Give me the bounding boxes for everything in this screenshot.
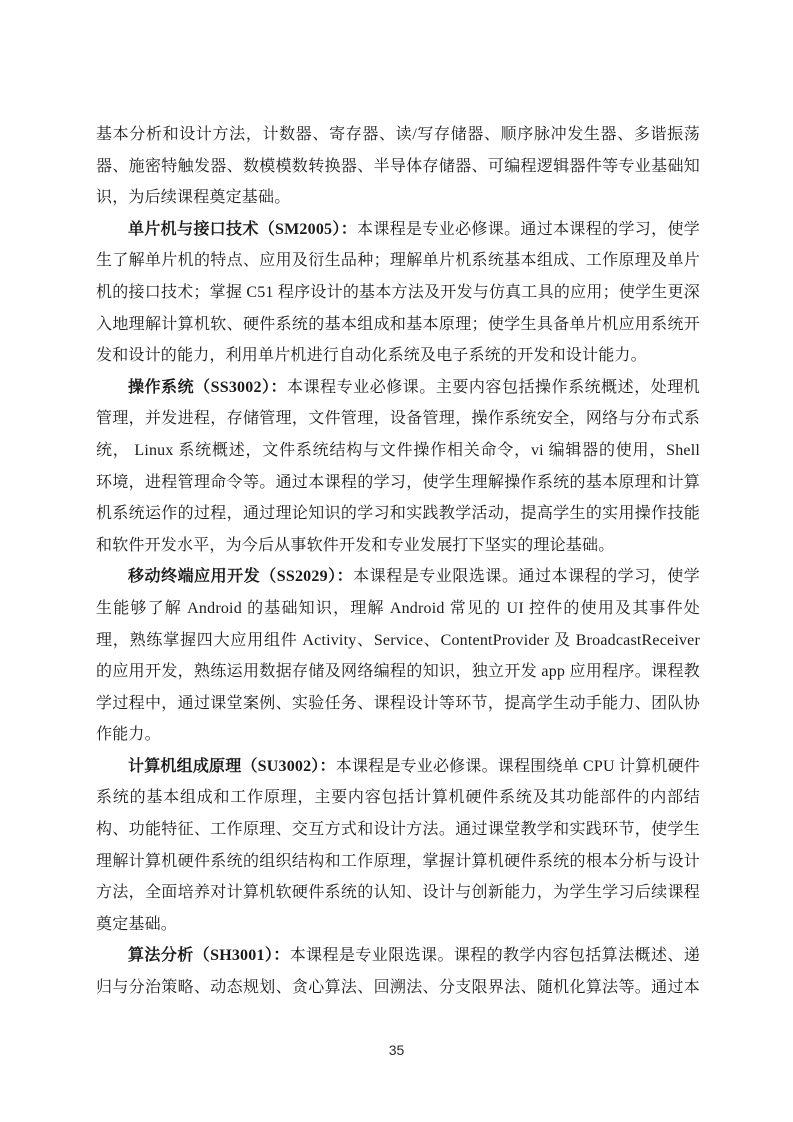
paragraph: 计算机组成原理（SU3002）：本课程是专业必修课。课程围绕单 CPU 计算机硬… — [96, 751, 700, 941]
paragraph: 操作系统（SS3002）：本课程专业必修课。主要内容包括操作系统概述，处理机管理… — [96, 372, 700, 562]
course-title: 单片机与接口技术（SM2005）： — [128, 221, 357, 238]
paragraph-text: 基本分析和设计方法，计数器、寄存器、读/写存储器、顺序脉冲发生器、多谐振荡器、施… — [96, 126, 700, 206]
page-number: 35 — [0, 1042, 793, 1058]
document-page: { "page": { "page_number": "35", "backgr… — [0, 0, 793, 1122]
document-body: 基本分析和设计方法，计数器、寄存器、读/写存储器、顺序脉冲发生器、多谐振荡器、施… — [96, 119, 700, 1004]
course-title: 算法分析（SH3001）： — [128, 947, 290, 964]
paragraph-text: 本课程是专业必修课。课程围绕单 CPU 计算机硬件系统的基本组成和工作原理，主要… — [96, 758, 700, 933]
paragraph: 单片机与接口技术（SM2005）：本课程是专业必修课。通过本课程的学习，使学生了… — [96, 214, 700, 372]
paragraph-text: 本课程是专业限选课。通过本课程的学习，使学生能够了解 Android 的基础知识… — [96, 568, 700, 743]
paragraph: 算法分析（SH3001）：本课程是专业限选课。课程的教学内容包括算法概述、递归与… — [96, 940, 700, 1003]
course-title: 计算机组成原理（SU3002）： — [128, 758, 336, 775]
paragraph: 移动终端应用开发（SS2029）：本课程是专业限选课。通过本课程的学习，使学生能… — [96, 561, 700, 751]
course-title: 移动终端应用开发（SS2029）： — [128, 568, 353, 585]
course-title: 操作系统（SS3002）： — [128, 379, 287, 396]
paragraph: 基本分析和设计方法，计数器、寄存器、读/写存储器、顺序脉冲发生器、多谐振荡器、施… — [96, 119, 700, 214]
paragraph-text: 本课程是专业必修课。通过本课程的学习，使学生了解单片机的特点、应用及衍生品种；理… — [96, 221, 700, 364]
paragraph-text: 本课程专业必修课。主要内容包括操作系统概述，处理机管理，并发进程，存储管理，文件… — [96, 379, 700, 554]
